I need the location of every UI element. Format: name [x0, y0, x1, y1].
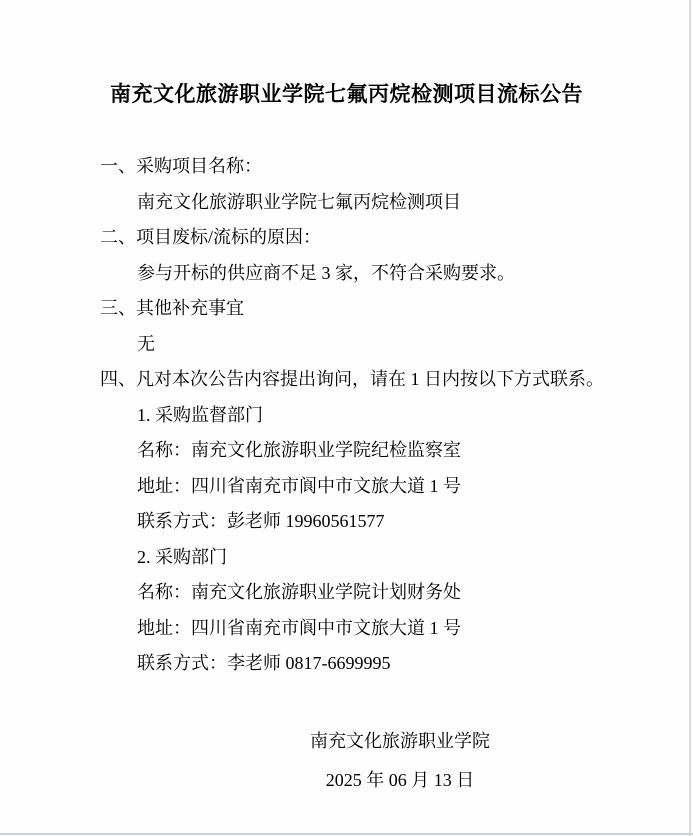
dept-1-name: 名称：南充文化旅游职业学院纪检监察室 [0, 433, 693, 469]
signature-organization: 南充文化旅游职业学院 [160, 722, 640, 761]
dept-2-name: 名称：南充文化旅游职业学院计划财务处 [0, 575, 693, 611]
failure-reason: 参与开标的供应商不足 3 家，不符合采购要求。 [0, 256, 693, 292]
section-1-heading: 一、采购项目名称： [0, 149, 693, 185]
document-title: 南充文化旅游职业学院七氟丙烷检测项目流标公告 [0, 80, 693, 108]
signature-block: 南充文化旅游职业学院 2025 年 06 月 13 日 [160, 722, 640, 800]
section-3-heading: 三、其他补充事宜 [0, 291, 693, 327]
dept-2-address: 地址：四川省南充市阆中市文旅大道 1 号 [0, 611, 693, 647]
dept-1-address: 地址：四川省南充市阆中市文旅大道 1 号 [0, 469, 693, 505]
document-page: 南充文化旅游职业学院七氟丙烷检测项目流标公告 一、采购项目名称： 南充文化旅游职… [0, 0, 693, 836]
dept-1-contact: 联系方式：彭老师 19960561577 [0, 504, 693, 540]
section-4-heading: 四、凡对本次公告内容提出询问，请在 1 日内按以下方式联系。 [0, 362, 693, 398]
section-3-content: 无 [0, 327, 693, 363]
page-edge-right-line [689, 0, 691, 836]
signature-date: 2025 年 06 月 13 日 [160, 761, 640, 800]
section-2-heading: 二、项目废标/流标的原因： [0, 220, 693, 256]
dept-1-heading: 1. 采购监督部门 [0, 398, 693, 434]
dept-2-contact: 联系方式：李老师 0817-6699995 [0, 646, 693, 682]
project-name: 南充文化旅游职业学院七氟丙烷检测项目 [0, 185, 693, 221]
dept-2-heading: 2. 采购部门 [0, 540, 693, 576]
page-edge-bottom-line [0, 833, 693, 835]
document-body: 一、采购项目名称： 南充文化旅游职业学院七氟丙烷检测项目 二、项目废标/流标的原… [0, 149, 693, 682]
